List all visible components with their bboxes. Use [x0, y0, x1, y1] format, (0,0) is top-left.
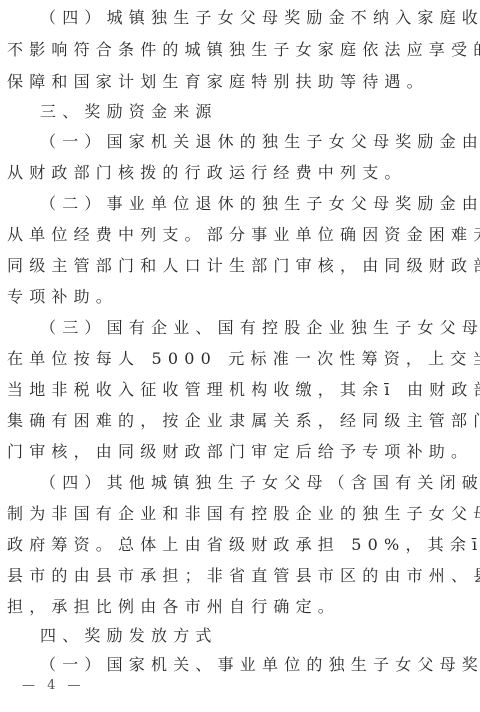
section-heading: 三、奖励资金来源	[40, 102, 473, 122]
text-line: 同级主管部门和人口计生部门审核，由同级财政部门审定后给予	[7, 256, 473, 276]
text-line: 集确有困难的，按企业隶属关系，经同级主管部门和人口计生部	[7, 411, 473, 431]
text-line: （三）国有企业、国有控股企业独生子女父母奖励金，由所	[40, 318, 473, 338]
text-line: （四）其他城镇独生子女父母（含国有关闭破产企业以及改	[40, 473, 473, 493]
text-line: 在单位按每人 5000 元标准一次性筹资，上交当地财政部门，由	[7, 349, 473, 369]
text-line: （二）事业单位退休的独生子女父母奖励金由所在单位筹资，	[40, 194, 473, 214]
section-heading: 四、奖励发放方式	[40, 626, 473, 646]
text-line: （一）国家机关、事业单位的独生子女父母奖励金，由所在	[40, 655, 473, 675]
text-line: 担，承担比例由各市州自行确定。	[7, 597, 473, 617]
text-line: 政府筹资。总体上由省级财政承担 50%，其余ī ，属省直管	[7, 535, 473, 555]
text-line: 门审核，由同级财政部门审定后给予专项补助。	[7, 442, 473, 462]
text-line: 从单位经费中列支。部分事业单位确因资金困难无力发放的，经	[7, 225, 473, 245]
page-number: — 4 —	[22, 678, 85, 693]
text-line: 制为非国有企业和非国有控股企业的独生子女父母）奖励金，由	[7, 504, 473, 524]
text-line: 当地非税收入征收管理机构收缴，其余ī 由财政部门统筹。筹	[7, 380, 473, 400]
text-line: 县市的由县市承担；非省直管县市区的由市州、县市区共同承	[7, 566, 473, 586]
text-line: 保障和国家计划生育家庭特别扶助等待遇。	[7, 72, 473, 92]
text-line: 从财政部门核拨的行政运行经费中列支。	[7, 163, 473, 183]
text-line: 专项补助。	[7, 287, 473, 307]
text-line: （四）城镇独生子女父母奖励金不纳入家庭收入统计范畴，	[40, 8, 473, 28]
text-line: （一）国家机关退休的独生子女父母奖励金由所在单位筹资，	[40, 132, 473, 152]
text-line: 不影响符合条件的城镇独生子女家庭依法应享受的城镇最低生活	[7, 40, 473, 60]
document-page: （四）城镇独生子女父母奖励金不纳入家庭收入统计范畴， 不影响符合条件的城镇独生子…	[0, 0, 480, 712]
